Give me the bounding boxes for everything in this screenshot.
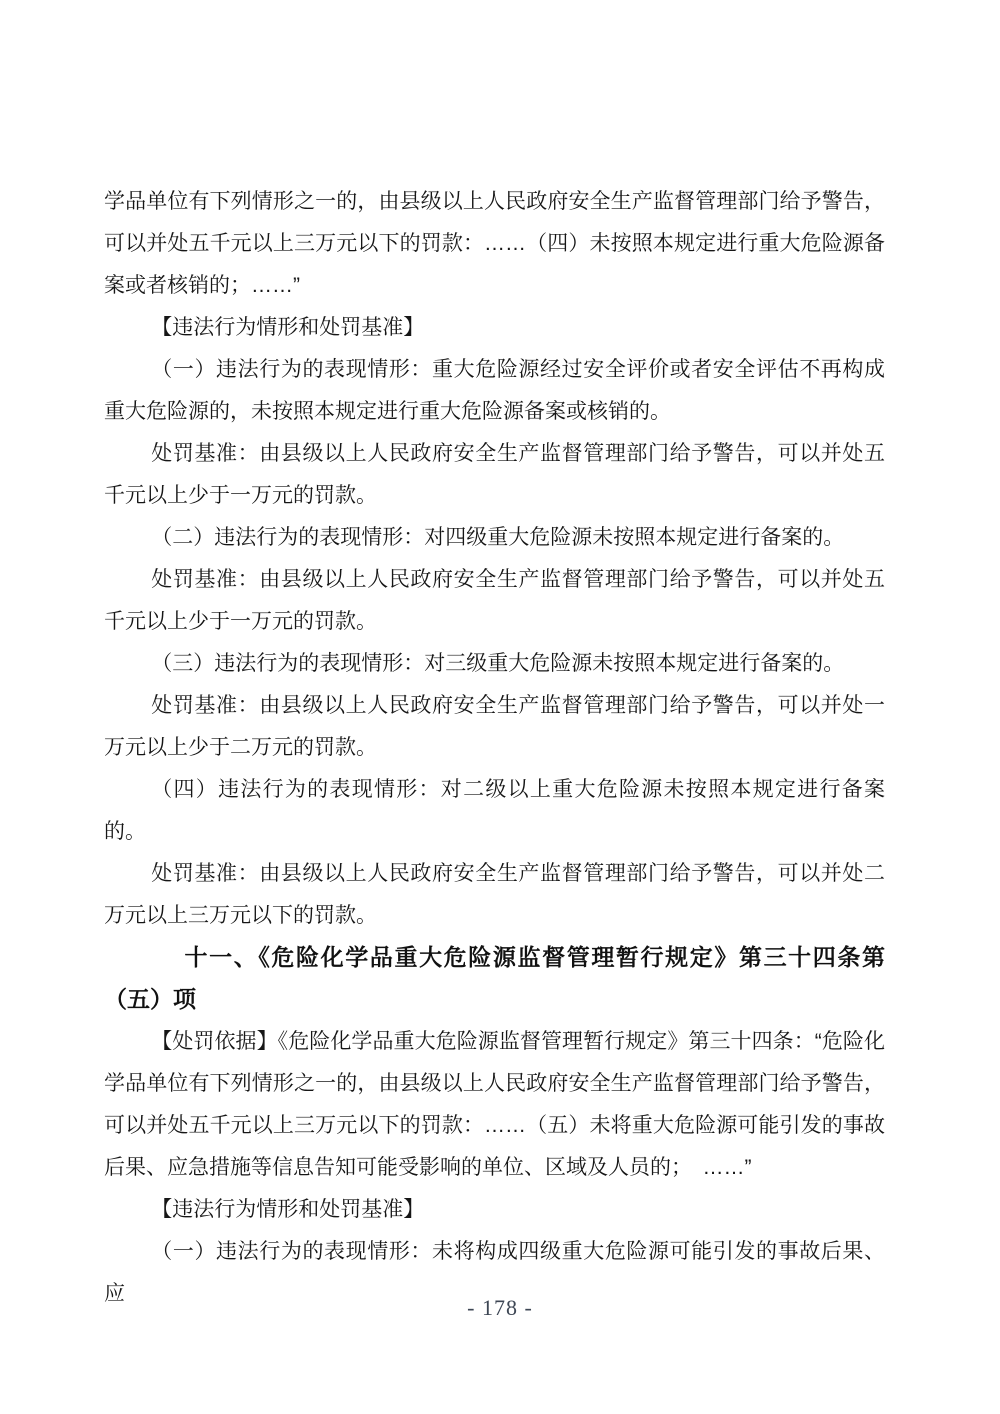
paragraph-penalty-4: 处罚基准：由县级以上人民政府安全生产监督管理部门给予警告，可以并处二万元以上三万… — [104, 853, 885, 937]
paragraph-penalty-basis: 【处罚依据】《危险化学品重大危险源监督管理暂行规定》第三十四条：“危险化学品单位… — [104, 1021, 885, 1189]
document-page: 学品单位有下列情形之一的，由县级以上人民政府安全生产监督管理部门给予警告，可以并… — [0, 0, 1000, 1414]
paragraph-violation-3: （三）违法行为的表现情形：对三级重大危险源未按照本规定进行备案的。 — [104, 643, 885, 685]
paragraph-violation-4: （四）违法行为的表现情形：对二级以上重大危险源未按照本规定进行备案的。 — [104, 769, 885, 853]
paragraph-penalty-2: 处罚基准：由县级以上人民政府安全生产监督管理部门给予警告，可以并处五千元以上少于… — [104, 559, 885, 643]
bracket-label: 【违法行为情形和处罚基准】 — [104, 307, 885, 349]
page-footer: - 178 - — [0, 1295, 1000, 1321]
paragraph-violation-1: （一）违法行为的表现情形：重大危险源经过安全评价或者安全评估不再构成重大危险源的… — [104, 349, 885, 433]
paragraph-penalty-3: 处罚基准：由县级以上人民政府安全生产监督管理部门给予警告，可以并处一万元以上少于… — [104, 685, 885, 769]
paragraph-violation-2: （二）违法行为的表现情形：对四级重大危险源未按照本规定进行备案的。 — [104, 517, 885, 559]
page-number: - 178 - — [467, 1295, 533, 1320]
continuation-paragraph: 学品单位有下列情形之一的，由县级以上人民政府安全生产监督管理部门给予警告，可以并… — [104, 181, 885, 307]
text-block: 学品单位有下列情形之一的，由县级以上人民政府安全生产监督管理部门给予警告，可以并… — [104, 181, 885, 1315]
bracket-label: 【违法行为情形和处罚基准】 — [104, 1189, 885, 1231]
paragraph-penalty-1: 处罚基准：由县级以上人民政府安全生产监督管理部门给予警告，可以并处五千元以上少于… — [104, 433, 885, 517]
section-heading: 十一、《危险化学品重大危险源监督管理暂行规定》第三十四条第（五）项 — [104, 937, 885, 1021]
